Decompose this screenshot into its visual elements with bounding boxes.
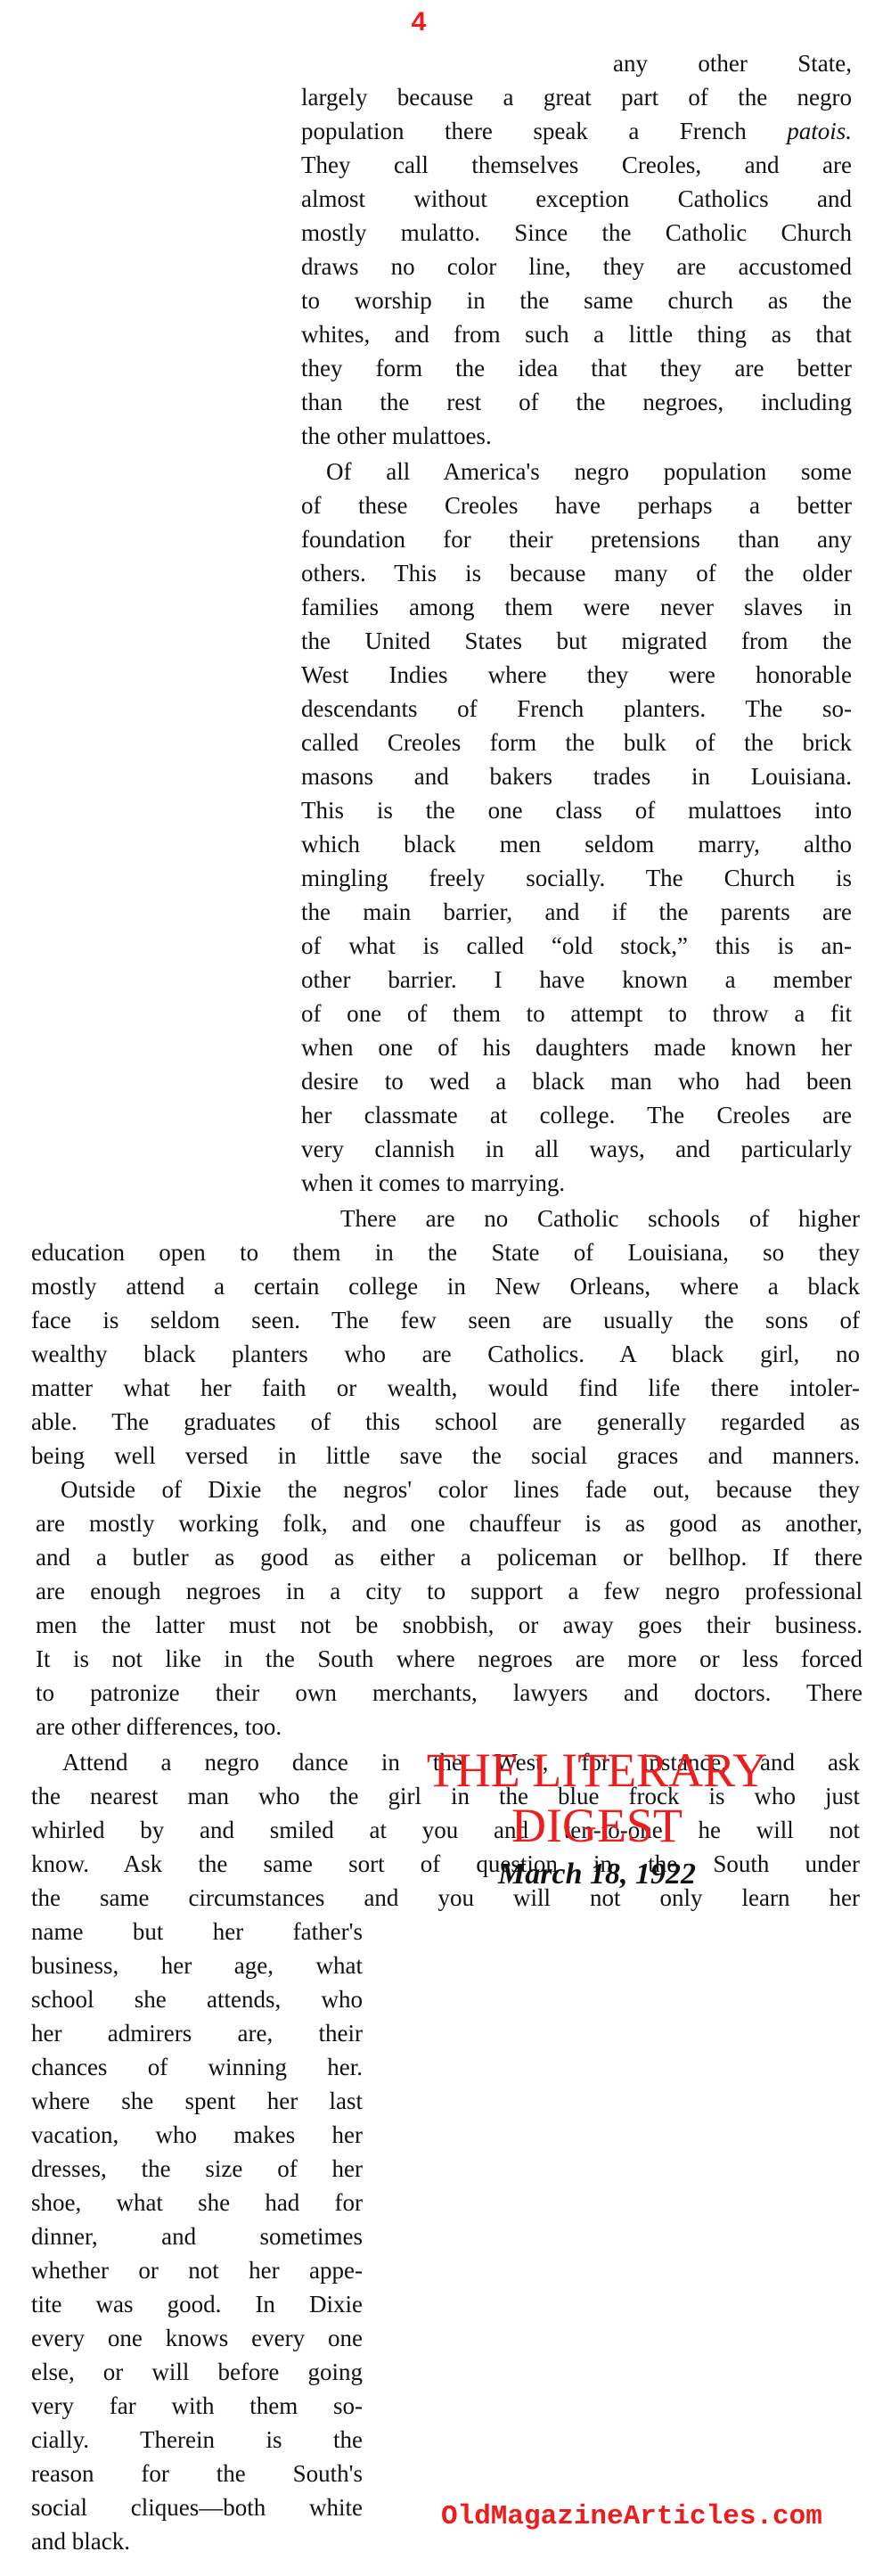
text-line: being well versed in little save the soc…	[31, 1442, 860, 1469]
text-line: are mostly working folk, and one chauffe…	[36, 1510, 862, 1537]
text-line: than the rest of the negroes, including	[301, 389, 852, 415]
text-line: when one of his daughters made known her	[301, 1034, 852, 1061]
text-line: masons and bakers trades in Louisiana.	[301, 763, 852, 790]
text-line: are other differences, too.	[36, 1713, 862, 1740]
text-line: the United States but migrated from the	[301, 628, 852, 654]
masthead: THE LITERARY DIGEST March 18, 1922	[410, 1743, 784, 1894]
text-line: face is seldom seen. The few seen are us…	[31, 1307, 860, 1333]
text-line: whites, and from such a little thing as …	[301, 321, 852, 348]
text-line: draws no color line, they are accustomed	[301, 253, 852, 280]
text-line: of these Creoles have perhaps a better	[301, 492, 852, 519]
text-line: and a butler as good as either a policem…	[36, 1544, 862, 1571]
text-line: when it comes to marrying.	[301, 1169, 852, 1196]
text-line: chances of winning her.	[31, 2054, 363, 2080]
text-line: reason for the South's	[31, 2460, 363, 2487]
watermark-link[interactable]: OldMagazineArticles.com	[441, 2501, 864, 2532]
text-line: mingling freely socially. The Church is	[301, 865, 852, 891]
text-line: This is the one class of mulattoes into	[301, 797, 852, 824]
text-line: and black.	[31, 2528, 363, 2555]
text-line: to patronize their own merchants, lawyer…	[36, 1679, 862, 1706]
text-line: every one knows every one	[31, 2325, 363, 2351]
text-line: where she spent her last	[31, 2088, 363, 2114]
text-line: business, her age, what	[31, 1952, 363, 1979]
text-line: foundation for their pretensions than an…	[301, 526, 852, 553]
text-line: else, or will before going	[31, 2359, 363, 2385]
text-line: very clannish in all ways, and particula…	[301, 1136, 852, 1162]
text-line: name but her father's	[31, 1918, 363, 1945]
text-line: It is not like in the South where negroe…	[36, 1645, 862, 1672]
text-line: of what is called “old stock,” this is a…	[301, 932, 852, 959]
text-line: called Creoles form the bulk of the bric…	[301, 729, 852, 756]
text-line: matter what her faith or wealth, would f…	[31, 1374, 860, 1401]
text-line: mostly attend a certain college in New O…	[31, 1273, 860, 1300]
text-line: the other mulattoes.	[301, 422, 852, 449]
text-line: her admirers are, their	[31, 2020, 363, 2047]
text-line: other barrier. I have known a member	[301, 966, 852, 993]
text-line: men the latter must not be snobbish, or …	[36, 1612, 862, 1638]
text-line: the main barrier, and if the parents are	[301, 898, 852, 925]
text-line: They call themselves Creoles, and are	[301, 152, 852, 178]
masthead-date: March 18, 1922	[410, 1855, 784, 1894]
text-line: tite was good. In Dixie	[31, 2291, 363, 2318]
text-line: education open to them in the State of L…	[31, 1239, 860, 1266]
text-line: cially. Therein is the	[31, 2426, 363, 2453]
text-line: almost without exception Catholics and	[301, 185, 852, 212]
text-line: very far with them so-	[31, 2392, 363, 2419]
text-line: There are no Catholic schools of higher	[340, 1205, 860, 1232]
text-line: social cliques—both white	[31, 2494, 363, 2521]
text-line: are enough negroes in a city to support …	[36, 1578, 862, 1604]
text-line: others. This is because many of the olde…	[301, 560, 852, 587]
text-line: largely because a great part of the negr…	[301, 84, 852, 111]
page-number: 4	[405, 7, 432, 37]
text-line: mostly mulatto. Since the Catholic Churc…	[301, 219, 852, 246]
text-line: of one of them to attempt to throw a fit	[301, 1000, 852, 1027]
text-line: shoe, what she had for	[31, 2189, 363, 2216]
magazine-page: 4 any other State, largely because a gre…	[0, 0, 891, 2576]
text-line: which black men seldom marry, altho	[301, 831, 852, 857]
text-line: wealthy black planters who are Catholics…	[31, 1341, 860, 1367]
text-line-patois: population there speak a French patois.	[301, 118, 852, 144]
masthead-title-line1: THE LITERARY	[410, 1743, 784, 1798]
text-line: vacation, who makes her	[31, 2121, 363, 2148]
text-line: any other State,	[613, 50, 852, 77]
text-line: Outside of Dixie the negros' color lines…	[61, 1476, 860, 1503]
text-line: West Indies where they were honorable	[301, 661, 852, 688]
text-line: Of all America's negro population some	[326, 458, 852, 485]
text-line: her classmate at college. The Creoles ar…	[301, 1102, 852, 1128]
text-line: they form the idea that they are better	[301, 355, 852, 381]
text-line: dinner, and sometimes	[31, 2223, 363, 2250]
text-line: families among them were never slaves in	[301, 594, 852, 620]
text-line: dresses, the size of her	[31, 2155, 363, 2182]
text-line: to worship in the same church as the	[301, 287, 852, 314]
masthead-title-line2: DIGEST	[410, 1798, 784, 1853]
text-line: able. The graduates of this school are g…	[31, 1408, 860, 1435]
text-line: descendants of French planters. The so-	[301, 695, 852, 722]
text-line: school she attends, who	[31, 1986, 363, 2013]
text-line: whether or not her appe-	[31, 2257, 363, 2284]
text-line: desire to wed a black man who had been	[301, 1068, 852, 1095]
